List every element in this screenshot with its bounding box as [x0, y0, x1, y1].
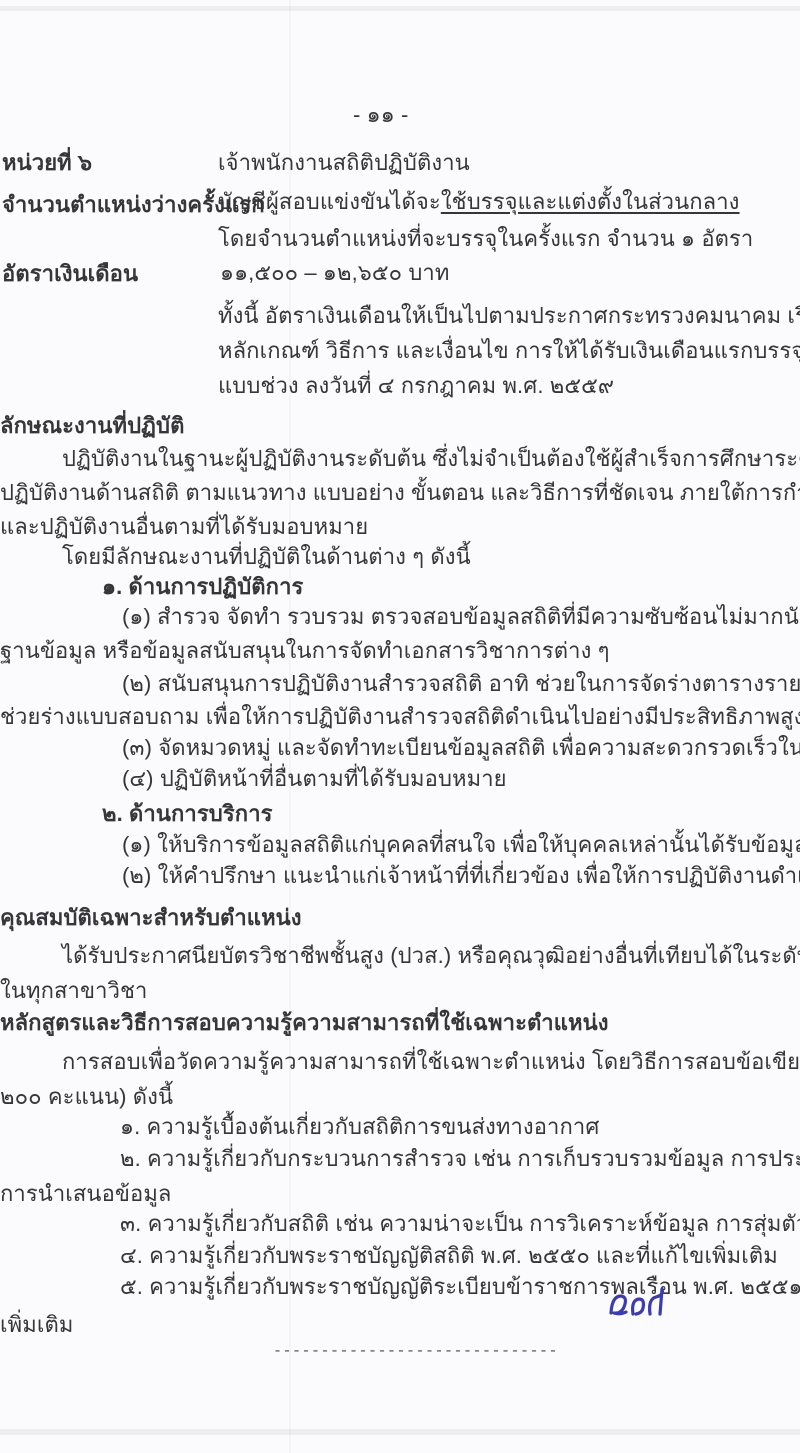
page-number: - ๑๑ - [353, 100, 408, 130]
duties-intro-line3: และปฏิบัติงานอื่นตามที่ได้รับมอบหมาย [0, 512, 368, 542]
exam-topic5-line2: เพิ่มเติม [0, 1310, 73, 1340]
exam-topic1: ๑. ความรู้เบื้องต้นเกี่ยวกับสถิติการขนส่… [120, 1112, 599, 1142]
operations-item4: (๔) ปฏิบัติหน้าที่อื่นตามที่ได้รับมอบหมา… [122, 764, 507, 794]
salary-label: อัตราเงินเดือน [2, 259, 138, 289]
duties-intro-line1: ปฏิบัติงานในฐานะผู้ปฏิบัติงานระดับต้น ซึ… [62, 444, 800, 474]
exam-intro-line2: ๒๐๐ คะแนน) ดังนี้ [0, 1082, 173, 1112]
salary-range: ๑๑,๕๐๐ – ๑๒,๖๕๐ บาท [220, 258, 449, 288]
exam-topic2-line2: การนำเสนอข้อมูล [0, 1179, 172, 1209]
scan-artifact-top [0, 6, 800, 11]
footer-separator: ------------------------------ [273, 1337, 558, 1367]
salary-note-line2: หลักเกณฑ์ วิธีการ และเงื่อนไข การให้ได้ร… [218, 336, 800, 366]
operations-item1-line2: ฐานข้อมูล หรือข้อมูลสนับสนุนในการจัดทำเอ… [0, 636, 610, 666]
salary-note-line1: ทั้งนี้ อัตราเงินเดือนให้เป็นไปตามประกาศ… [218, 301, 800, 331]
qualifications-line1: ได้รับประกาศนียบัตรวิชาชีพชั้นสูง (ปวส.)… [62, 941, 800, 971]
qualifications-heading: คุณสมบัติเฉพาะสำหรับตำแหน่ง [0, 903, 302, 933]
vacancy-line2: โดยจำนวนตำแหน่งที่จะบรรจุในครั้งแรก จำนว… [218, 224, 753, 254]
vacancy-line1-prefix: บัญชีผู้สอบแข่งขันได้จะ [218, 189, 441, 214]
duties-heading: ลักษณะงานที่ปฏิบัติ [0, 411, 184, 441]
salary-note-line3: แบบช่วง ลงวันที่ ๔ กรกฎาคม พ.ศ. ๒๕๕๙ [218, 371, 614, 401]
document-page: - ๑๑ - หน่วยที่ ๖ เจ้าพนักงานสถิติปฏิบัต… [0, 0, 800, 1453]
operations-item2-line2: ช่วยร่างแบบสอบถาม เพื่อให้การปฏิบัติงานส… [0, 702, 800, 732]
service-heading: ๒. ด้านการบริการ [102, 799, 273, 829]
exam-topic2-line1: ๒. ความรู้เกี่ยวกับกระบวนการสำรวจ เช่น ก… [120, 1144, 800, 1174]
exam-topic3: ๓. ความรู้เกี่ยวกับสถิติ เช่น ความน่าจะเ… [120, 1209, 800, 1239]
operations-item3: (๓) จัดหมวดหมู่ และจัดทำทะเบียนข้อมูลสถิ… [122, 733, 800, 763]
operations-heading: ๑. ด้านการปฏิบัติการ [102, 572, 303, 602]
scan-artifact-bottom [0, 1429, 800, 1435]
handwritten-signature-initials [606, 1283, 672, 1325]
exam-topic4: ๔. ความรู้เกี่ยวกับพระราชบัญญัติสถิติ พ.… [120, 1241, 778, 1271]
exam-intro-line1: การสอบเพื่อวัดความรู้ความสามารถที่ใช้เฉพ… [62, 1047, 800, 1077]
qualifications-line2: ในทุกสาขาวิชา [0, 976, 148, 1006]
duties-intro-line2: ปฏิบัติงานด้านสถิติ ตามแนวทาง แบบอย่าง ข… [0, 478, 800, 508]
unit-label: หน่วยที่ ๖ [2, 148, 92, 178]
service-item1: (๑) ให้บริการข้อมูลสถิติแก่บุคคลที่สนใจ … [122, 830, 800, 860]
exam-heading: หลักสูตรและวิธีการสอบความรู้ความสามารถที… [0, 1008, 609, 1038]
duties-intro-line4: โดยมีลักษณะงานที่ปฏิบัติในด้านต่าง ๆ ดัง… [62, 542, 471, 572]
exam-topic5-line1: ๕. ความรู้เกี่ยวกับพระราชบัญญัติระเบียบข… [120, 1272, 800, 1302]
position-title: เจ้าพนักงานสถิติปฏิบัติงาน [218, 148, 470, 178]
vacancy-line1: บัญชีผู้สอบแข่งขันได้จะใช้บรรจุและแต่งตั… [218, 187, 740, 217]
operations-item2-line1: (๒) สนับสนุนการปฏิบัติงานสำรวจสถิติ อาทิ… [122, 669, 800, 699]
vacancy-line1-underlined: ใช้บรรจุและแต่งตั้งในส่วนกลาง [441, 189, 740, 214]
operations-item1-line1: (๑) สำรวจ จัดทำ รวบรวม ตรวจสอบข้อมูลสถิต… [122, 602, 800, 632]
service-item2: (๒) ให้คำปรึกษา แนะนำแก่เจ้าหน้าที่ที่เก… [122, 861, 800, 891]
